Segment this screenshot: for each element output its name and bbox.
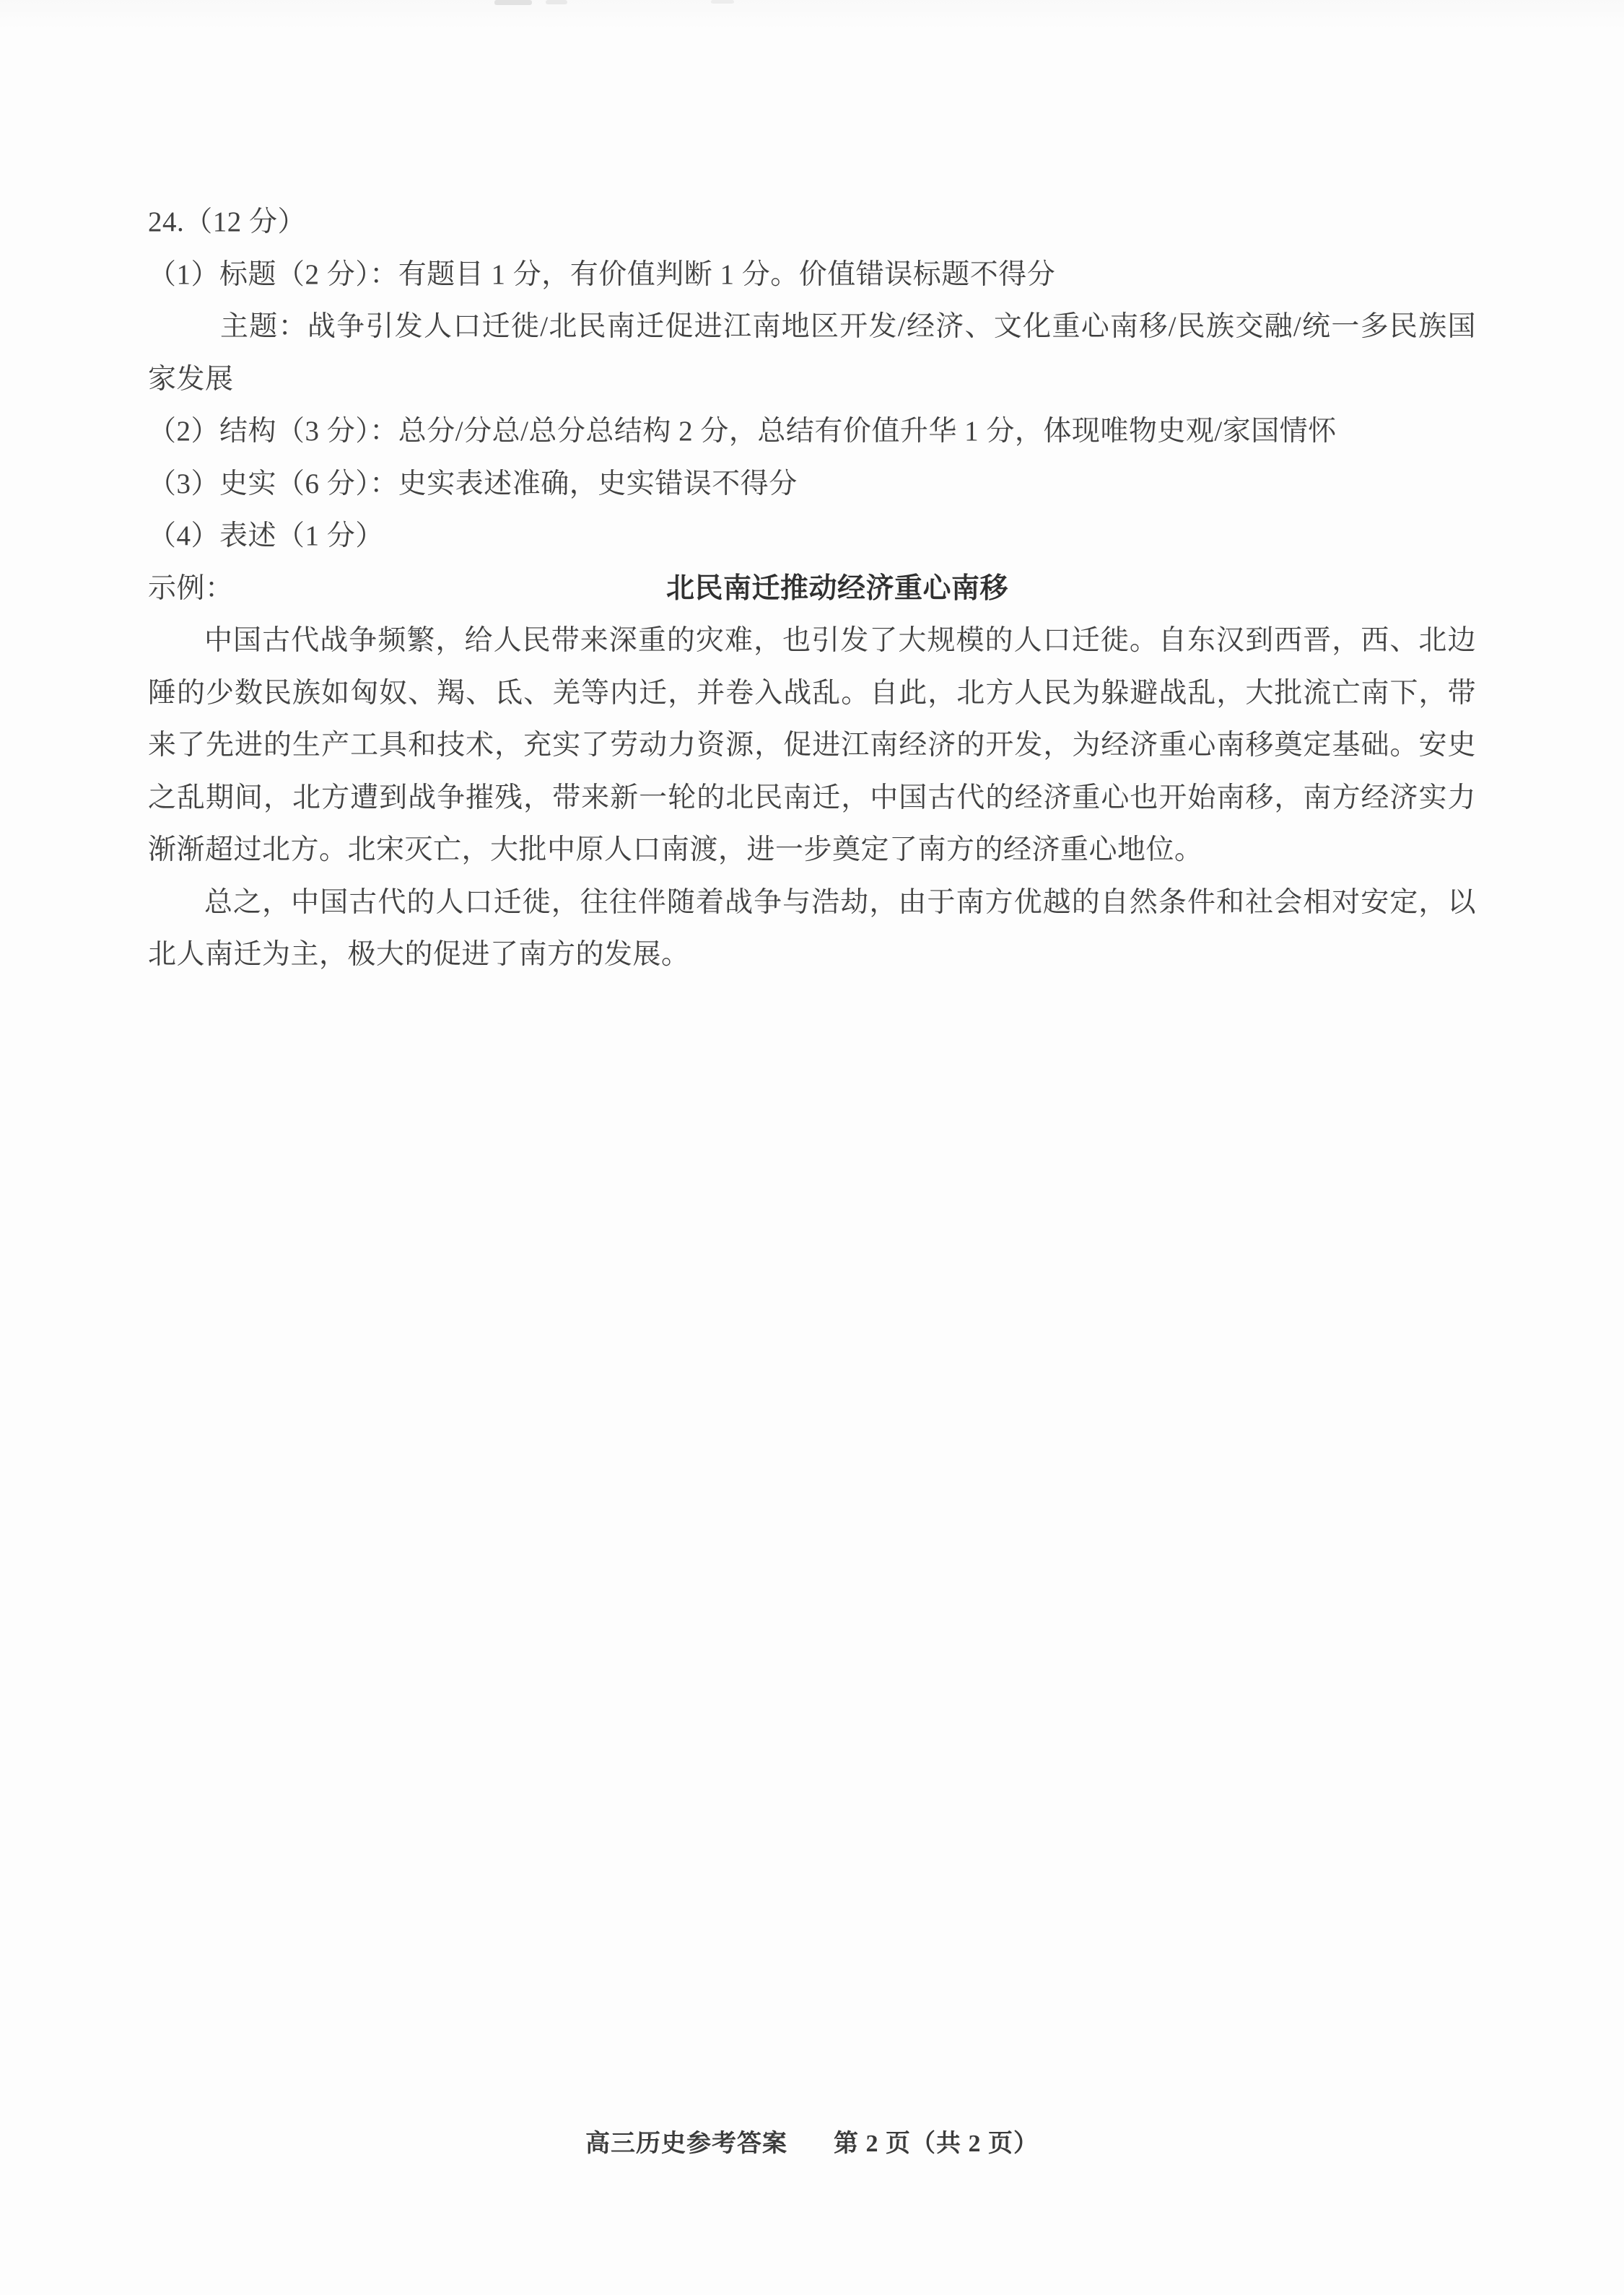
criterion-theme: 主题：战争引发人口迁徙/北民南迁促进江南地区开发/经济、文化重心南移/民族交融/… (148, 301, 1476, 354)
essay-line: 渐渐超过北方。北宋灭亡，大批中原人口南渡，进一步奠定了南方的经济重心地位。 (148, 824, 1476, 877)
page-footer: 高三历史参考答案 第 2 页（共 2 页） (0, 2126, 1624, 2162)
essay-line: 来了先进的生产工具和技术，充实了劳动力资源，促进江南经济的开发，为经济重心南移奠… (148, 720, 1476, 772)
scan-artifact (494, 0, 532, 5)
criterion-facts: （3）史实（6 分）：史实表述准确，史实错误不得分 (148, 458, 1476, 511)
example-essay-title: 北民南迁推动经济重心南移 (148, 563, 1476, 616)
criterion-structure: （2）结构（3 分）：总分/分总/总分总结构 2 分，总结有价值升华 1 分，体… (148, 406, 1476, 458)
scan-artifact (546, 0, 567, 4)
criterion-theme-wrap: 家发展 (148, 354, 1476, 406)
essay-line: 北人南迁为主，极大的促进了南方的发展。 (148, 929, 1476, 982)
essay-line: 总之，中国古代的人口迁徙，往往伴随着战争与浩劫，由于南方优越的自然条件和社会相对… (148, 877, 1476, 930)
footer-doc-title: 高三历史参考答案 (585, 2126, 787, 2162)
footer-page-number: 第 2 页（共 2 页） (834, 2126, 1039, 2162)
essay-line: 之乱期间，北方遭到战争摧残，带来新一轮的北民南迁，中国古代的经济重心也开始南移，… (148, 772, 1476, 825)
example-row: 示例： 北民南迁推动经济重心南移 (148, 563, 1476, 616)
essay-line: 中国古代战争频繁，给人民带来深重的灾难，也引发了大规模的人口迁徙。自东汉到西晋，… (148, 615, 1476, 668)
scan-artifact (711, 0, 734, 4)
essay-line: 陲的少数民族如匈奴、羯、氐、羌等内迁，并卷入战乱。自此，北方人民为躲避战乱，大批… (148, 668, 1476, 720)
answer-sheet-page: 24.（12 分） （1）标题（2 分）：有题目 1 分，有价值判断 1 分。价… (0, 0, 1624, 2295)
question-heading: 24.（12 分） (148, 196, 1476, 249)
example-label: 示例： (148, 563, 234, 616)
criterion-expression: （4）表述（1 分） (148, 510, 1476, 563)
answer-content: 24.（12 分） （1）标题（2 分）：有题目 1 分，有价值判断 1 分。价… (148, 196, 1476, 982)
criterion-title: （1）标题（2 分）：有题目 1 分，有价值判断 1 分。价值错误标题不得分 (148, 249, 1476, 302)
